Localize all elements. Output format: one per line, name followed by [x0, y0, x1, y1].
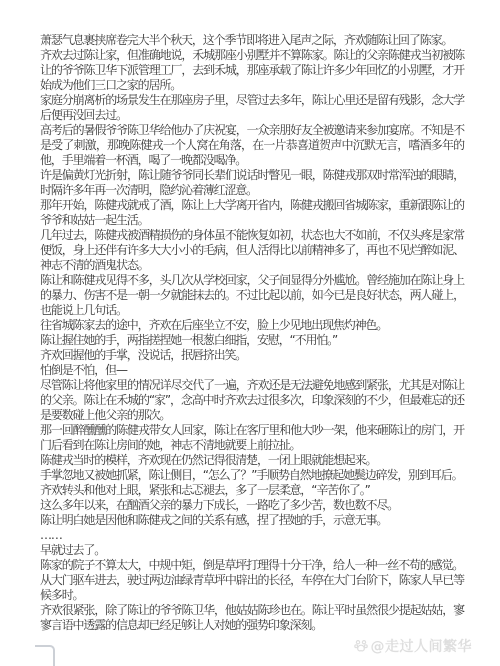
paragraph: 齐欢去过陈让家，但准确地说，禾城那座小别墅并不算陈家。陈让的父亲陈健戎当初被陈让…	[40, 48, 464, 93]
watermark-paw-icon	[354, 639, 368, 653]
paragraph: 陈让和陈健戎见得不多，头几次从学校回家，父子间显得分外尴尬。曾经施加在陈让身上的…	[40, 273, 464, 318]
paragraph: 陈让明白她是因他和陈健戎之间的关系有感，捏了捏她的手，示意无事。	[40, 513, 464, 528]
paragraph: 许是偏黄灯光折射，陈让随爷爷同长辈们说话时瞥见一眼，陈健戎那双时常浑浊的眼睛，时…	[40, 168, 464, 198]
paragraph: 早就过去了。	[40, 543, 464, 558]
paragraph: 陈健戎当时的模样，齐欢现在仍然记得很清楚，一闭上眼就能想起来。	[40, 453, 464, 468]
paragraph: 齐欢转头和他对上眼，紧张和忐忑褪去，多了一层柔意，“辛苦你了。”	[40, 483, 464, 498]
paragraph: 齐欢回握他的手掌，没说话，抿唇挤出笑。	[40, 348, 464, 363]
paragraph: 陈家的院子不算太大，中规中矩，倒是草坪打理得十分干净，给人一种一丝不苟的感觉。	[40, 558, 464, 573]
paragraph: 齐欢很紧张，除了陈让的爷爷陈卫华，他姑姑陈珍也在。陈让平时虽然很少提起姑姑，寥寥…	[40, 603, 464, 633]
chapter-text: 萧瑟气息裹挟席卷完大半个秋天，这个季节即将进入尾声之际，齐欢随陈让回了陈家。齐欢…	[40, 33, 464, 633]
paragraph: 几年过去，陈健戎被酒精损伤的身体虽不能恢复如初，状态也大不如前，不仅头疼是家常便…	[40, 228, 464, 273]
paragraph: 陈让握住她的手，两指搓捏她一根葱白细指，安慰，“不用怕。”	[40, 333, 464, 348]
paragraph: 从大门驱车进去，驶过两边油绿青草坪中辟出的长径，车停在大门台阶下，陈家人早已等候…	[40, 573, 464, 603]
paragraph: 往省城陈家去的途中，齐欢在后座坐立不安，脸上少见地出现焦灼神色。	[40, 318, 464, 333]
novel-reader-page: 萧瑟气息裹挟席卷完大半个秋天，这个季节即将进入尾声之际，齐欢随陈让回了陈家。齐欢…	[0, 0, 500, 666]
paragraph: ……	[40, 528, 464, 543]
paragraph: 萧瑟气息裹挟席卷完大半个秋天，这个季节即将进入尾声之际，齐欢随陈让回了陈家。	[40, 33, 464, 48]
paragraph: 手掌忽地又被她抓紧，陈让侧目，“怎么了？”手顺势自然地撩起她鬓边碎发，别到耳后。	[40, 468, 464, 483]
paragraph: 那年开始，陈健戎就戒了酒，陈让上大学离开省内，陈健戎搬回省城陈家，重新跟陈让的爷…	[40, 198, 464, 228]
next-block-corner-mark	[35, 645, 55, 666]
paragraph: 那一回醉醺醺的陈健戎带女人回家，陈让在客厅里和他大吵一架，他来砸陈让的房门，开门…	[40, 423, 464, 453]
watermark-handle: @走过人间繁华	[371, 636, 473, 656]
paragraph: 家庭分崩离析的场景发生在那座房子里，尽管过去多年，陈让心里还是留有残影，念大学后…	[40, 93, 464, 123]
paragraph: 尽管陈让将他家里的情况详尽交代了一遍，齐欢还是无法避免地感到紧张，尤其是对陈让的…	[40, 378, 464, 423]
paragraph: 怕倒是不怕，但—	[40, 363, 464, 378]
watermark: @走过人间繁华	[354, 636, 473, 656]
paragraph: 这么多年以来，在酗酒父亲的暴力下成长，一路吃了多少苦，数也数不尽。	[40, 498, 464, 513]
paragraph: 高考后的暑假爷爷陈卫华给他办了庆祝宴，一众亲朋好友全被邀请来参加宴席。不知是不是…	[40, 123, 464, 168]
